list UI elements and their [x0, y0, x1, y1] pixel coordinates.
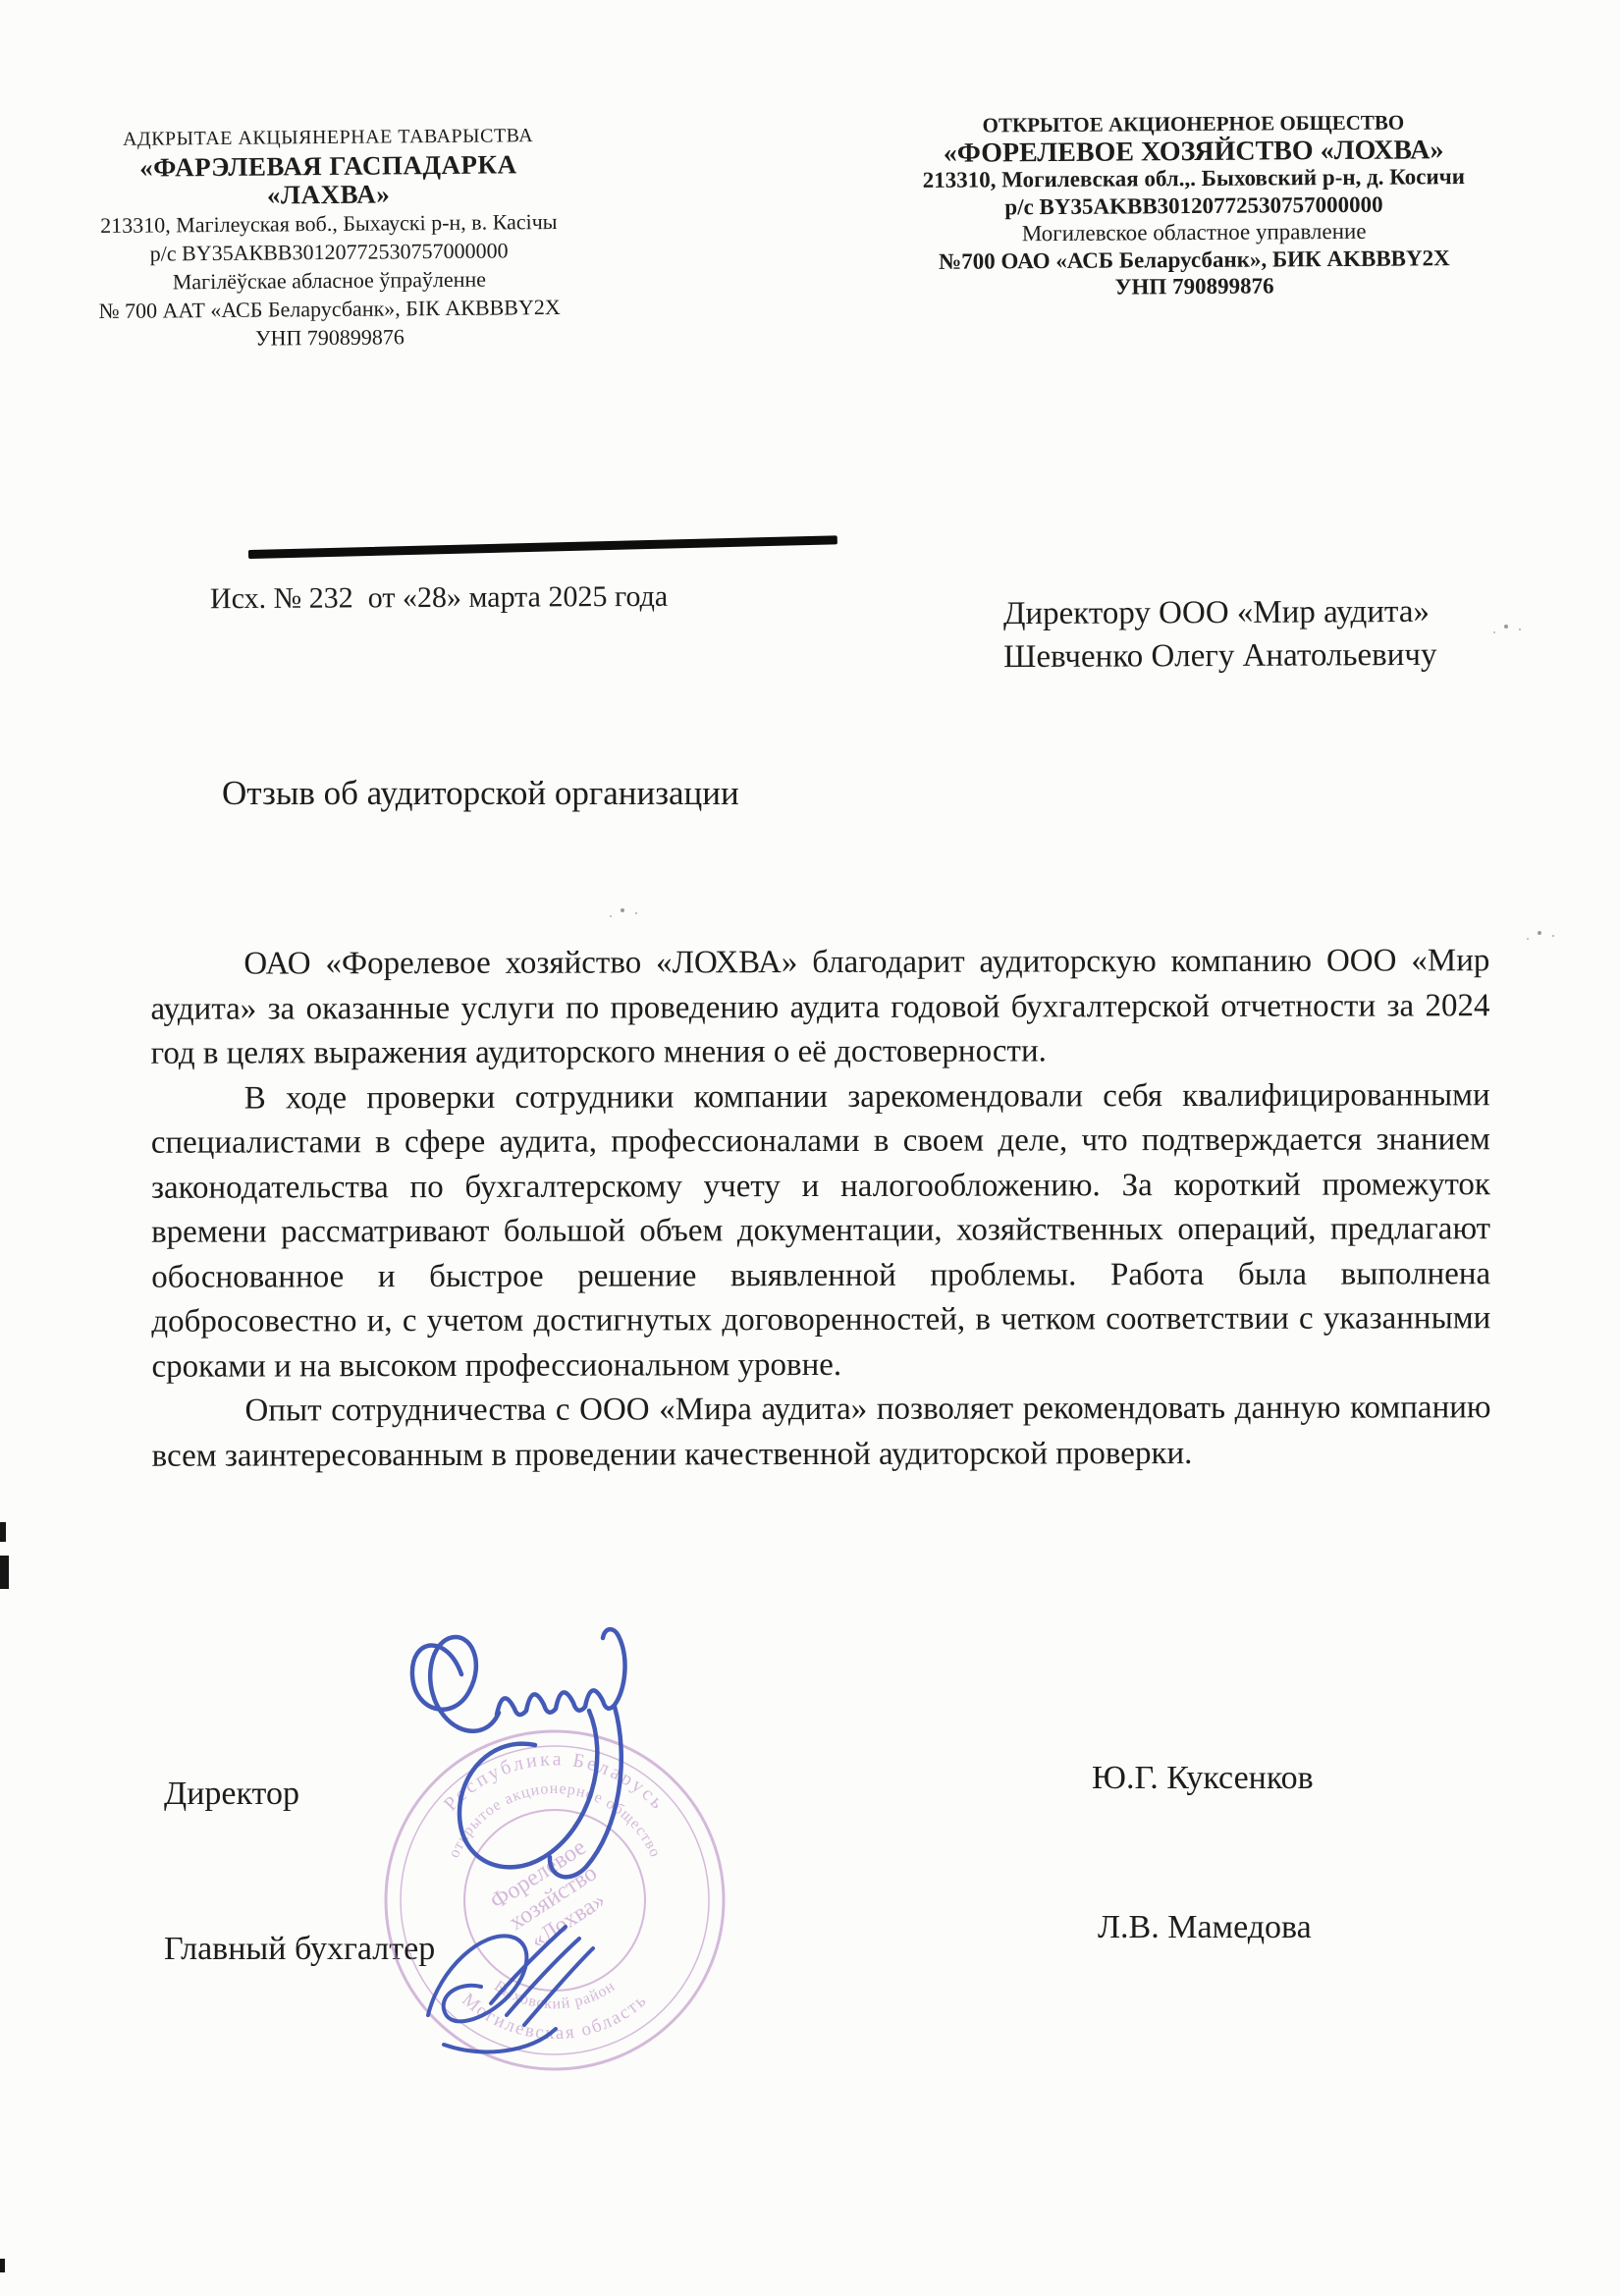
letterhead-left-line: № 700 ААТ «АСБ Беларусбанк», БІК АКВВВY2… — [91, 293, 568, 325]
letterhead-right-line: р/с BY35AKBB30120772530757000000 — [901, 190, 1486, 221]
stamp-center-line: Форелевое — [486, 1834, 591, 1915]
letterhead-left-line: УНП 790899876 — [91, 321, 568, 354]
stamp-center-line: хозяйство — [505, 1860, 602, 1936]
chief-accountant-signature — [428, 1927, 593, 2051]
svg-text:Могилевская область: Могилевская область — [458, 1990, 651, 2045]
letterhead-right-line: 213310, Могилевская обл.,. Быховский р-н… — [901, 163, 1486, 194]
letterhead-right-line: Могилевское областное управление — [901, 217, 1486, 248]
letter-body: ОАО «Форелевое хозяйство «ЛОХВА» благода… — [150, 939, 1490, 1479]
company-name-russian: «ФОРЕЛЕВОЕ ХОЗЯЙСТВО «ЛОХВА» — [901, 136, 1486, 167]
scan-artifact-line — [248, 535, 837, 559]
stamp-center-line: «Лохва» — [526, 1887, 610, 1954]
ref-number-line: Исх. № 232 от «28» марта 2025 года — [210, 580, 668, 616]
company-name-belarusian: «ФАРЭЛЕВАЯ ГАСПАДАРКА «ЛАХВА» — [89, 150, 567, 211]
letterhead-left-line: Магілёўскае абласное ўпраўленне — [90, 264, 567, 297]
letterhead-right: ОТКРЫТОЕ АКЦИОНЕРНОЕ ОБЩЕСТВО «ФОРЕЛЕВОЕ… — [900, 109, 1486, 302]
stamp-inner-bottom-text: Быховский район — [491, 1978, 619, 2012]
svg-text:открытое акционерное общество: открытое акционерное общество — [446, 1780, 664, 1860]
body-paragraph: Опыт сотрудничества с ООО «Мира аудита» … — [151, 1386, 1490, 1479]
letterhead-left-line: р/с BY35АКВВ30120772530757000000 — [90, 236, 567, 268]
letterhead-left: АДКРЫТАЕ АКЦЫЯНЕРНАЕ ТАВАРЫСТВА «ФАРЭЛЕВ… — [89, 122, 568, 354]
svg-text:Быховский район: Быховский район — [491, 1978, 619, 2012]
scan-artifact-mark — [0, 1556, 9, 1589]
scan-smudge — [1538, 931, 1541, 935]
stamp-outer-bottom-text: Могилевская область — [458, 1990, 651, 2045]
letterhead-left-line: 213310, Магілеуская воб., Быхаускі р-н, … — [90, 207, 567, 240]
scanned-letter-page: АДКРЫТАЕ АКЦЫЯНЕРНАЕ ТАВАРЫСТВА «ФАРЭЛЕВ… — [0, 0, 1620, 2296]
scan-smudge — [1504, 625, 1508, 629]
addressee-block: Директору ООО «Мир аудита» Шевченко Олег… — [1003, 590, 1437, 679]
stamp-center-text: Форелевое хозяйство «Лохва» — [486, 1834, 621, 1961]
director-label: Директор — [164, 1776, 299, 1813]
letterhead-right-line: УНП 790899876 — [901, 271, 1486, 302]
svg-text:Республика Беларусь: Республика Беларусь — [440, 1748, 670, 1815]
director-signature — [412, 1629, 625, 1877]
scan-artifact-mark — [0, 1522, 6, 1542]
document-title: Отзыв об аудиторской организации — [222, 774, 739, 813]
letterhead-right-line: №700 ОАО «АСБ Беларусбанк», БИК AKBBBY2X — [901, 244, 1486, 275]
director-name: Ю.Г. Куксенков — [1092, 1760, 1314, 1797]
body-paragraph: В ходе проверки сотрудники компании заре… — [151, 1073, 1491, 1390]
body-paragraph: ОАО «Форелевое хозяйство «ЛОХВА» благода… — [150, 939, 1489, 1076]
scan-artifact-mark — [0, 2259, 5, 2272]
chief-accountant-name: Л.В. Мамедова — [1098, 1909, 1312, 1946]
scan-smudge — [621, 908, 624, 912]
stamp-inner-top-text: открытое акционерное общество — [446, 1780, 664, 1860]
addressee-line: Директору ООО «Мир аудита» — [1003, 590, 1437, 635]
addressee-line: Шевченко Олегу Анатольевичу — [1003, 633, 1437, 679]
stamp-outer-top-text: Республика Беларусь — [440, 1748, 670, 1815]
chief-accountant-label: Главный бухгалтер — [164, 1931, 435, 1968]
company-round-stamp-icon: Республика Беларусь Могилевская область … — [386, 1731, 724, 2069]
